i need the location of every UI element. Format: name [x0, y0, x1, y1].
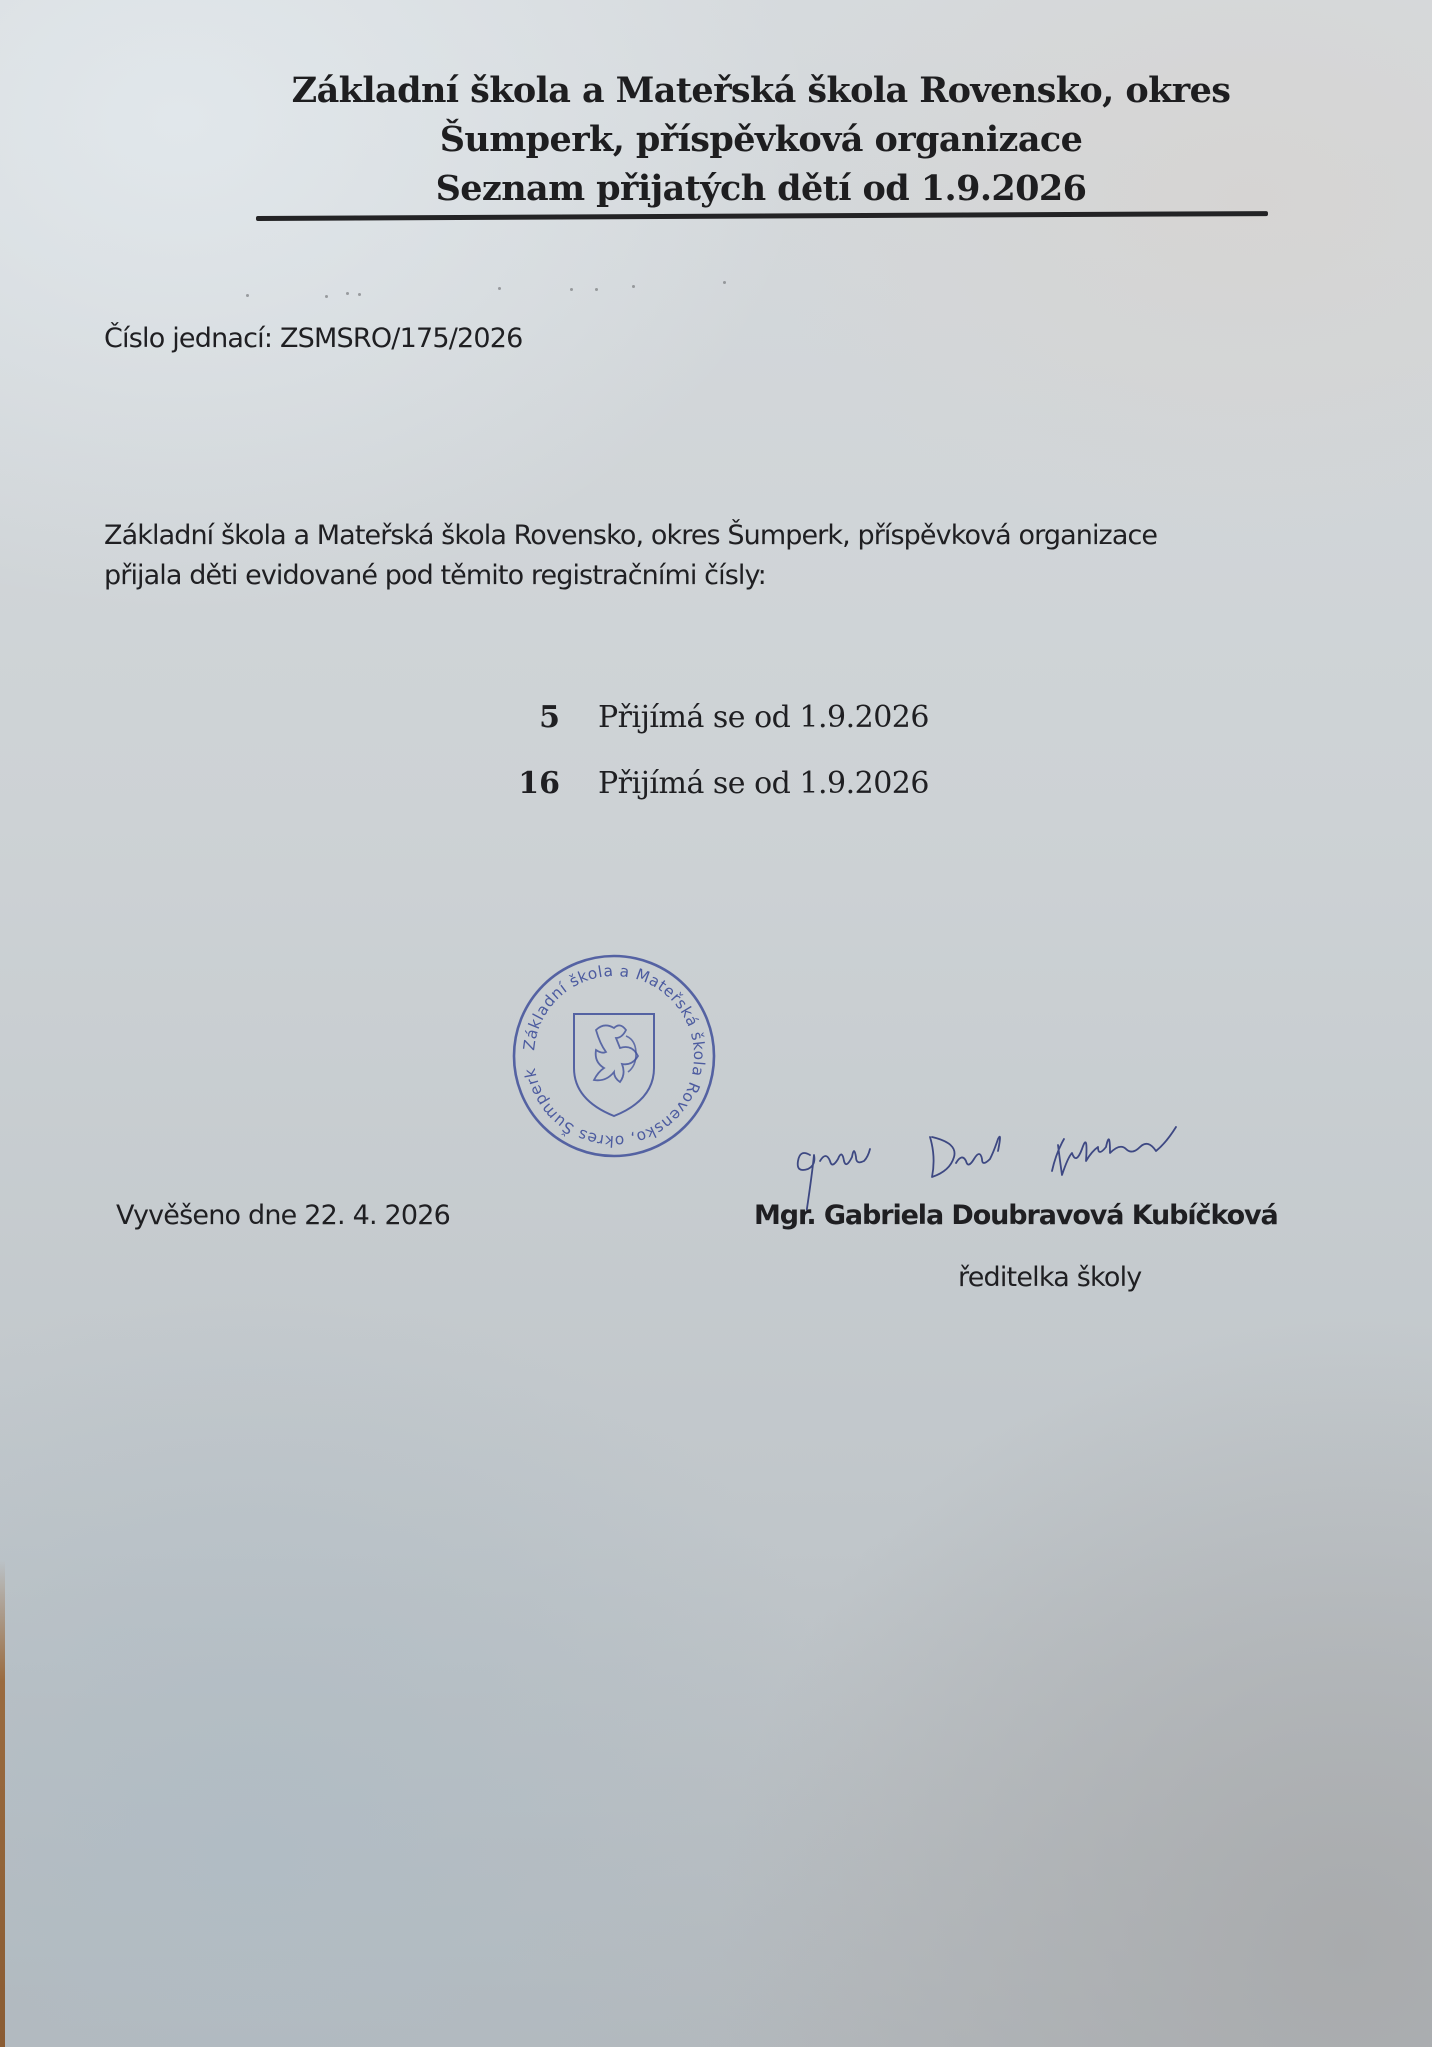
speck [632, 285, 635, 288]
signer-name: Mgr. Gabriela Doubravová Kubíčková [754, 1200, 1278, 1231]
handwritten-signature [780, 1115, 1220, 1210]
accepted-children-list: 5 Přijímá se od 1.9.2026 16 Přijímá se o… [500, 700, 1000, 832]
speck [498, 287, 501, 290]
list-item: 5 Přijímá se od 1.9.2026 [500, 700, 1000, 766]
speck [325, 295, 328, 298]
posted-date: Vyvěšeno dne 22. 4. 2026 [116, 1200, 450, 1231]
school-stamp: Základní škola a Mateřská škola Rovensko… [508, 950, 720, 1162]
header-line-school: Základní škola a Mateřská škola Rovensko… [256, 66, 1266, 115]
intro-line: Základní škola a Mateřská škola Rovensko… [104, 516, 1344, 556]
reference-label: Číslo jednací: [104, 323, 272, 354]
speck [346, 292, 349, 295]
list-item: 16 Přijímá se od 1.9.2026 [500, 766, 1000, 832]
svg-text:Základní škola a Mateřská škol: Základní škola a Mateřská škola Rovensko… [520, 962, 708, 1150]
acceptance-status: Přijímá se od 1.9.2026 [598, 700, 929, 735]
intro-paragraph: Základní škola a Mateřská škola Rovensko… [104, 516, 1344, 596]
reference-value: ZSMSRO/175/2026 [280, 323, 523, 354]
header-line-title: Seznam přijatých dětí od 1.9.2026 [256, 164, 1266, 213]
coat-of-arms-lion-icon: Základní škola a Mateřská škola Rovensko… [508, 950, 720, 1162]
print-specks [240, 285, 1280, 297]
speck [723, 281, 726, 284]
signature-icon [780, 1115, 1220, 1210]
speck [595, 288, 598, 291]
speck [358, 293, 361, 296]
intro-line: přijala děti evidované pod těmito regist… [104, 556, 1344, 596]
reference-number: Číslo jednací: ZSMSRO/175/2026 [104, 323, 523, 354]
header-line-district: Šumperk, příspěvková organizace [256, 115, 1266, 164]
signer-role: ředitelka školy [958, 1262, 1142, 1293]
speck [570, 288, 573, 291]
document-header: Základní škola a Mateřská škola Rovensko… [256, 66, 1266, 213]
acceptance-status: Přijímá se od 1.9.2026 [598, 766, 929, 801]
registration-number: 5 [500, 700, 560, 735]
table-edge [0, 1560, 5, 2047]
speck [246, 294, 249, 297]
registration-number: 16 [500, 766, 560, 801]
